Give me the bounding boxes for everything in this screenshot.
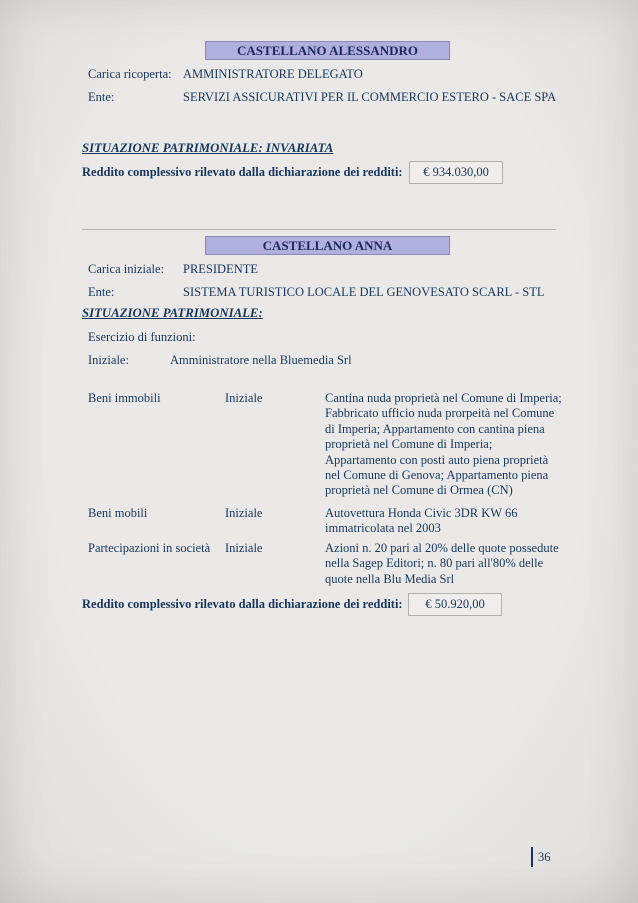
esercizio-row-value: Amministratore nella Bluemedia Srl — [170, 353, 352, 368]
field-label-carica-ricoperta: Carica ricoperta: — [88, 67, 172, 82]
field-value-carica-ricoperta: AMMINISTRATORE DELEGATO — [183, 67, 363, 82]
asset-description-partecipazioni: Azioni n. 20 pari al 20% delle quote pos… — [325, 541, 563, 587]
reddito-complessivo-label-2: Reddito complessivo rilevato dalla dichi… — [82, 597, 403, 612]
asset-phase-partecipazioni: Iniziale — [225, 541, 262, 556]
field-value-carica-iniziale: PRESIDENTE — [183, 262, 258, 277]
asset-category-beni-immobili: Beni immobili — [88, 391, 161, 406]
reddito-value-box: € 934.030,00 — [409, 161, 503, 184]
asset-phase-beni-immobili: Iniziale — [225, 391, 262, 406]
situazione-patrimoniale-heading: SITUAZIONE PATRIMONIALE: INVARIATA — [82, 141, 333, 156]
asset-description-beni-immobili: Cantina nuda proprietà nel Comune di Imp… — [325, 391, 563, 499]
section-header-castellano-anna: CASTELLANO ANNA — [205, 236, 450, 255]
esercizio-row-label: Iniziale: — [88, 353, 129, 368]
field-label-carica-iniziale: Carica iniziale: — [88, 262, 164, 277]
asset-category-beni-mobili: Beni mobili — [88, 506, 147, 521]
asset-category-partecipazioni: Partecipazioni in società — [88, 541, 210, 556]
document-page: CASTELLANO ALESSANDRO Carica ricoperta: … — [0, 0, 638, 903]
section-divider — [82, 229, 556, 230]
page-number: 36 — [531, 847, 551, 867]
esercizio-di-funzioni-label: Esercizio di funzioni: — [88, 330, 196, 345]
asset-phase-beni-mobili: Iniziale — [225, 506, 262, 521]
field-value-ente: SERVIZI ASSICURATIVI PER IL COMMERCIO ES… — [183, 90, 556, 105]
field-value-ente-2: SISTEMA TURISTICO LOCALE DEL GENOVESATO … — [183, 285, 544, 300]
section-header-castellano-alessandro: CASTELLANO ALESSANDRO — [205, 41, 450, 60]
reddito-complessivo-label: Reddito complessivo rilevato dalla dichi… — [82, 165, 403, 180]
field-label-ente: Ente: — [88, 90, 114, 105]
situazione-patrimoniale-heading-2: SITUAZIONE PATRIMONIALE: — [82, 306, 263, 321]
field-label-ente-2: Ente: — [88, 285, 114, 300]
reddito-value-box-2: € 50.920,00 — [408, 593, 502, 616]
asset-description-beni-mobili: Autovettura Honda Civic 3DR KW 66 immatr… — [325, 506, 563, 537]
